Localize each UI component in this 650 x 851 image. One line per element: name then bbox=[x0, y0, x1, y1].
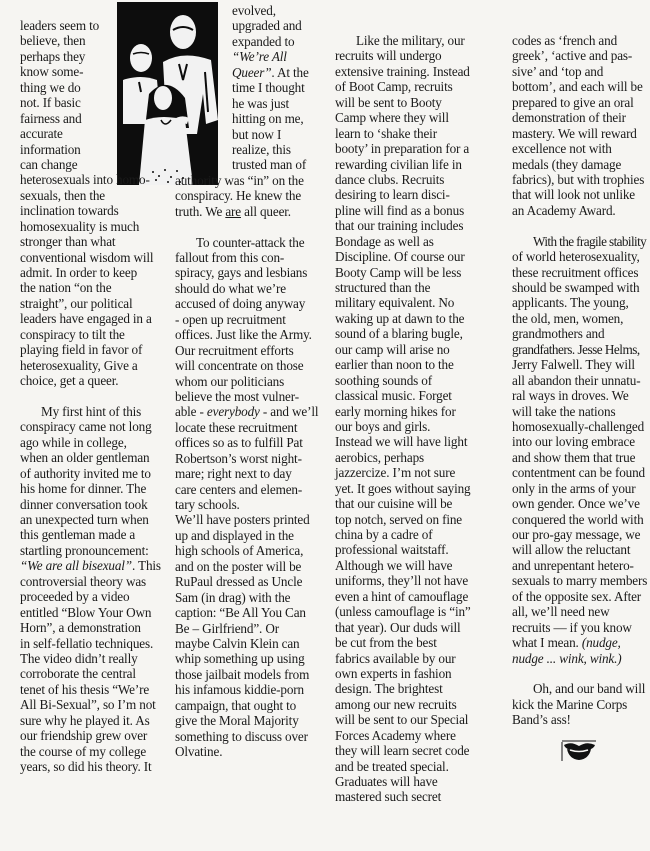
text-line: early morning hikes for bbox=[335, 404, 500, 419]
text-line: tary schools. bbox=[175, 497, 340, 512]
text-line: aerobics, perhaps bbox=[335, 450, 500, 465]
text-line: grandmothers and bbox=[512, 326, 650, 341]
text-line: ago while in college, bbox=[20, 435, 185, 450]
text-line: know some- bbox=[20, 64, 185, 79]
text-line: Olvatine. bbox=[175, 744, 340, 759]
text-line: and be treated special. bbox=[335, 759, 500, 774]
text-line: expanded to bbox=[175, 34, 340, 49]
text-line: uniforms, they’ll not have bbox=[335, 573, 500, 588]
text-line: of the opposite sex. After bbox=[512, 589, 650, 604]
text-line: leaders seem to bbox=[20, 18, 185, 33]
text-line: heterosexuals into homo- bbox=[20, 172, 185, 187]
text-line: straight”, our political bbox=[20, 296, 185, 311]
underlined-word: are bbox=[225, 204, 241, 219]
text-line: the nation “on the bbox=[20, 280, 185, 295]
text-line: Instead we will have light bbox=[335, 434, 500, 449]
text-line: Forces Academy where bbox=[335, 728, 500, 743]
text-line: Graduates will have bbox=[335, 774, 500, 789]
text-line: top notch, served on fine bbox=[335, 512, 500, 527]
text-line: they will learn secret code bbox=[335, 743, 500, 758]
text-line: pline will find as a bonus bbox=[335, 203, 500, 218]
text-line: structured than the bbox=[335, 280, 500, 295]
text-line: should be swamped with bbox=[512, 280, 650, 295]
text-line: whip something up using bbox=[175, 651, 340, 666]
text-line: something to discuss over bbox=[175, 729, 340, 744]
text-line: an Academy Award. bbox=[512, 203, 650, 218]
text-line: will allow the reluctant bbox=[512, 542, 650, 557]
text-line: bottom’, and each will be bbox=[512, 79, 650, 94]
text-line: contentment can be found bbox=[512, 465, 650, 480]
text-line: but now I bbox=[175, 127, 340, 142]
text-line: thing we do bbox=[20, 80, 185, 95]
text-line: choice, get a queer. bbox=[20, 373, 185, 388]
text-line: able - everybody - and we’ll bbox=[175, 404, 340, 419]
text-line: our pro-gay message, we bbox=[512, 527, 650, 542]
text-line: this gentleman made a bbox=[20, 527, 185, 542]
text-line: To counter-attack the bbox=[175, 235, 340, 250]
text-line: playing field in favor of bbox=[20, 342, 185, 357]
text-line: and show them that true bbox=[512, 450, 650, 465]
text-line: homosexuality is much bbox=[20, 219, 185, 234]
text-line: sound of a blaring bugle, bbox=[335, 326, 500, 341]
text-line: sexuals, then the bbox=[20, 188, 185, 203]
text-line: the course of my college bbox=[20, 744, 185, 759]
text-line: recruits will undergo bbox=[335, 48, 500, 63]
text-line: conquered the world with bbox=[512, 512, 650, 527]
text-line: only in the arms of your bbox=[512, 481, 650, 496]
text-line: authority was “in” on the bbox=[175, 173, 340, 188]
text-line: Bondage as well as bbox=[335, 234, 500, 249]
text-line: truth. We are all queer. bbox=[175, 204, 340, 219]
text-line: will be sent to Booty bbox=[335, 95, 500, 110]
text-line: spiracy, gays and lesbians bbox=[175, 265, 340, 280]
text-line: proceeded by a video bbox=[20, 589, 185, 604]
text-line: Be – Girlfriend”. Or bbox=[175, 621, 340, 636]
text-line: offices. Just like the Army. bbox=[175, 327, 340, 342]
text-line: accused of doing anyway bbox=[175, 296, 340, 311]
column-1: leaders seem to believe, then perhaps th… bbox=[20, 18, 185, 774]
text-line: will take the nations bbox=[512, 404, 650, 419]
text-line: will concentrate on those bbox=[175, 358, 340, 373]
text-line: startling pronouncement: bbox=[20, 543, 185, 558]
text-line: With the fragile stability bbox=[512, 234, 650, 249]
text-line: Discipline. Of course our bbox=[335, 249, 500, 264]
text-line: those jailbait models from bbox=[175, 667, 340, 682]
column-3: Like the military, our recruits will und… bbox=[335, 33, 500, 805]
text-line: RuPaul dressed as Uncle bbox=[175, 574, 340, 589]
text-line: into our loving embrace bbox=[512, 434, 650, 449]
text-line: sexuals to marry members bbox=[512, 573, 650, 588]
text-line: what I mean. (nudge, bbox=[512, 635, 650, 650]
text-line: Jerry Falwell. They will bbox=[512, 357, 650, 372]
text-line: desiring to learn disci- bbox=[335, 187, 500, 202]
text-line: - open up recruitment bbox=[175, 312, 340, 327]
text-line: entitled “Blow Your Own bbox=[20, 605, 185, 620]
text-line: offices so as to fulfill Pat bbox=[175, 435, 340, 450]
text-line: our friendship grew over bbox=[20, 728, 185, 743]
text-line: these recruitment offices bbox=[512, 265, 650, 280]
text-line: be cut from the best bbox=[335, 635, 500, 650]
text-line: greek’, ‘active and pas- bbox=[512, 48, 650, 63]
text-line: medals (they damage bbox=[512, 157, 650, 172]
text-line: of authority invited me to bbox=[20, 466, 185, 481]
text-line: Like the military, our bbox=[335, 33, 500, 48]
text-line: fairness and bbox=[20, 111, 185, 126]
text-line: fabrics), but with trophies bbox=[512, 172, 650, 187]
text-line: can change bbox=[20, 157, 185, 172]
text-line: his home for dinner. The bbox=[20, 481, 185, 496]
text-line: Sam (in drag) with the bbox=[175, 590, 340, 605]
text-line: recruits — if you know bbox=[512, 620, 650, 635]
text-line: codes as ‘french and bbox=[512, 33, 650, 48]
text-line: campaign, that ought to bbox=[175, 698, 340, 713]
text-line: that will look not unlike bbox=[512, 187, 650, 202]
text-line: an unexpected turn when bbox=[20, 512, 185, 527]
text-line: our camp will arise no bbox=[335, 342, 500, 357]
text-line: We’ll have posters printed bbox=[175, 512, 340, 527]
text-line: Camp where they will bbox=[335, 110, 500, 125]
lips-icon bbox=[561, 740, 597, 762]
text-line: realize, this bbox=[175, 142, 340, 157]
magazine-page: leaders seem to believe, then perhaps th… bbox=[0, 0, 650, 851]
text-line: Band’s ass! bbox=[512, 712, 650, 727]
text-line: yet. It goes without saying bbox=[335, 481, 500, 496]
text-line: give the Moral Majority bbox=[175, 713, 340, 728]
text-line: of world heterosexuality, bbox=[512, 249, 650, 264]
text-line: china by a cadre of bbox=[335, 527, 500, 542]
italic-line: “We’re All bbox=[175, 49, 340, 64]
text-line: conspiracy. He knew the bbox=[175, 188, 340, 203]
column-2: evolved, upgraded and expanded to “We’re… bbox=[175, 3, 340, 759]
text-line: own gender. Once we’ve bbox=[512, 496, 650, 511]
text-line: earlier than noon to the bbox=[335, 357, 500, 372]
text-line: in self-fellatio techniques. bbox=[20, 636, 185, 651]
text-line: believe, then bbox=[20, 33, 185, 48]
text-line: conventional wisdom will bbox=[20, 250, 185, 265]
text-line: of Boot Camp, recruits bbox=[335, 79, 500, 94]
text-line: he was just bbox=[175, 96, 340, 111]
text-line: care centers and elemen- bbox=[175, 482, 340, 497]
text-line: extensive training. Instead bbox=[335, 64, 500, 79]
text-line: even a hint of camouflage bbox=[335, 589, 500, 604]
text-line: tenet of his thesis “We’re bbox=[20, 682, 185, 697]
text-line: accurate bbox=[20, 126, 185, 141]
text-line: (unless camouflage is “in” bbox=[335, 604, 500, 619]
text-line: All Bi-Sexual”, so I’m not bbox=[20, 697, 185, 712]
text-line: conspiracy came not long bbox=[20, 419, 185, 434]
text-line: among our new recruits bbox=[335, 697, 500, 712]
text-line: fallout from this con- bbox=[175, 250, 340, 265]
text-line: that our training includes bbox=[335, 218, 500, 233]
text-line: Horn”, a demonstration bbox=[20, 620, 185, 635]
quote-line: “We are all bisexual”. This bbox=[20, 558, 185, 573]
text-line: hitting on me, bbox=[175, 111, 340, 126]
text-line: corroborate the central bbox=[20, 666, 185, 681]
text-line: My first hint of this bbox=[20, 404, 185, 419]
text-line: and on the poster will be bbox=[175, 559, 340, 574]
text-line: mare; right next to day bbox=[175, 466, 340, 481]
text-line: all, we’ll need new bbox=[512, 604, 650, 619]
text-line: Robertson’s worst night- bbox=[175, 451, 340, 466]
text-line: that our cuisine will be bbox=[335, 496, 500, 511]
text-line: caption: “Be All You Can bbox=[175, 605, 340, 620]
text-line: learn to ‘shake their bbox=[335, 126, 500, 141]
text-line: his infamous kiddie-porn bbox=[175, 682, 340, 697]
text-line: high schools of America, bbox=[175, 543, 340, 558]
text-line: years, so did his theory. It bbox=[20, 759, 185, 774]
text-line: demonstration of their bbox=[512, 110, 650, 125]
text-line: will be sent to our Special bbox=[335, 712, 500, 727]
text-line: information bbox=[20, 142, 185, 157]
quote-line: Queer”. At the bbox=[175, 65, 340, 80]
text-line: homosexually-challenged bbox=[512, 419, 650, 434]
text-line: should do what we’re bbox=[175, 281, 340, 296]
text-line: rewarding civilian life in bbox=[335, 157, 500, 172]
text-line: controversial theory was bbox=[20, 574, 185, 589]
text-line: The video didn’t really bbox=[20, 651, 185, 666]
text-line: our boys and girls. bbox=[335, 419, 500, 434]
text-line: evolved, bbox=[175, 3, 340, 18]
text-line: fabrics available by our bbox=[335, 651, 500, 666]
italic-line: nudge ... wink, wink.) bbox=[512, 651, 650, 666]
text-line: military equivalent. No bbox=[335, 295, 500, 310]
text-line: waking up at dawn to the bbox=[335, 311, 500, 326]
text-line: when an older gentleman bbox=[20, 450, 185, 465]
italic-quote: “We are all bisexual” bbox=[20, 558, 132, 573]
text-line: perhaps they bbox=[20, 49, 185, 64]
text-line: locate these recruitment bbox=[175, 420, 340, 435]
text-line: upgraded and bbox=[175, 18, 340, 33]
text-line: all abandon their unnatu- bbox=[512, 373, 650, 388]
text-line: that year). Our duds will bbox=[335, 620, 500, 635]
text-line: time I thought bbox=[175, 80, 340, 95]
text-line: sure why he played it. As bbox=[20, 713, 185, 728]
text-line: grandfathers. Jesse Helms, bbox=[512, 342, 650, 357]
text-line: applicants. The young, bbox=[512, 295, 650, 310]
text-line: not. If basic bbox=[20, 95, 185, 110]
text-line: jazzercize. I’m not sure bbox=[335, 465, 500, 480]
text-line: design. The brightest bbox=[335, 681, 500, 696]
text-line: booty’ in preparation for a bbox=[335, 141, 500, 156]
text-line: whom our politicians bbox=[175, 374, 340, 389]
text-line: kick the Marine Corps bbox=[512, 697, 650, 712]
text-line: heterosexuality, Give a bbox=[20, 358, 185, 373]
text-line: excellence not with bbox=[512, 141, 650, 156]
text-line: the old, men, women, bbox=[512, 311, 650, 326]
text-line: believe the most vulner- bbox=[175, 389, 340, 404]
text-line: inclination towards bbox=[20, 203, 185, 218]
text-line: maybe Calvin Klein can bbox=[175, 636, 340, 651]
text-line: classical music. Forget bbox=[335, 388, 500, 403]
text-line: Our recruitment efforts bbox=[175, 343, 340, 358]
text-line: Although we will have bbox=[335, 558, 500, 573]
text-line: soothing sounds of bbox=[335, 373, 500, 388]
text-line: stronger than what bbox=[20, 234, 185, 249]
text-line: admit. In order to keep bbox=[20, 265, 185, 280]
text-line: leaders have engaged in a bbox=[20, 311, 185, 326]
text-line: mastery. We will reward bbox=[512, 126, 650, 141]
text-line: up and displayed in the bbox=[175, 528, 340, 543]
text-line: and unrepentant hetero- bbox=[512, 558, 650, 573]
text-line: dance clubs. Recruits bbox=[335, 172, 500, 187]
text-line: Oh, and our band will bbox=[512, 681, 650, 696]
text-line: trusted man of bbox=[175, 157, 340, 172]
text-line: dinner conversation took bbox=[20, 497, 185, 512]
text-line: professional waitstaff. bbox=[335, 542, 500, 557]
text-line: sive’ and ‘top and bbox=[512, 64, 650, 79]
text-line: own experts in fashion bbox=[335, 666, 500, 681]
column-4: codes as ‘french and greek’, ‘active and… bbox=[512, 33, 650, 728]
text-line: ral ways in droves. We bbox=[512, 388, 650, 403]
text-line: prepared to give an oral bbox=[512, 95, 650, 110]
text-line: Booty Camp will be less bbox=[335, 265, 500, 280]
text-line: mastered such secret bbox=[335, 789, 500, 804]
text-line: conspiracy to tilt the bbox=[20, 327, 185, 342]
